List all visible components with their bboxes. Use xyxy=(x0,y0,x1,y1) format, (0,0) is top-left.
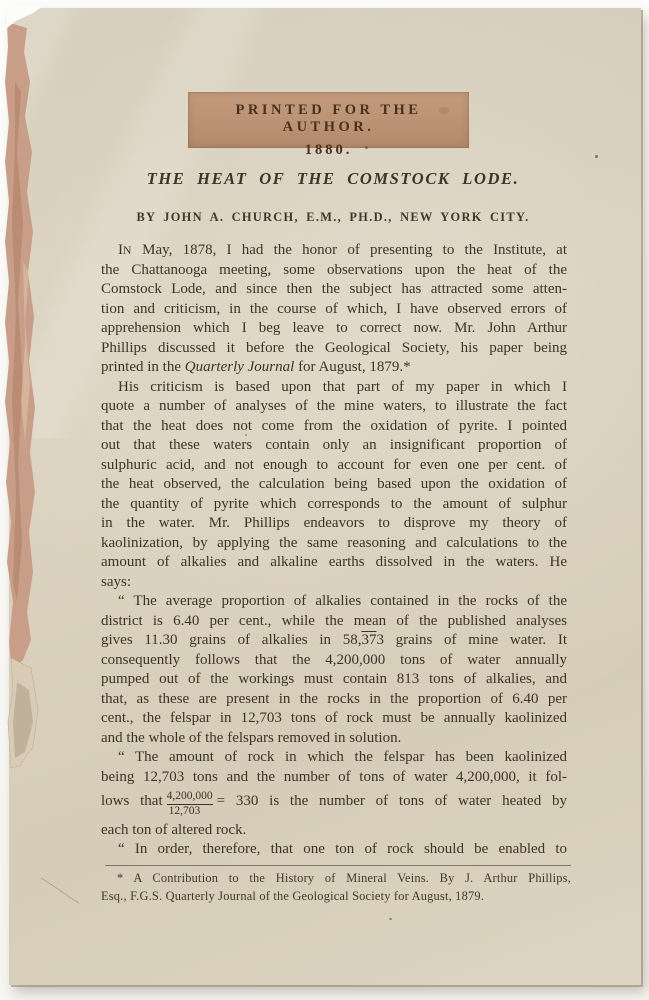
paragraph-2: His criticism is based upon that part of… xyxy=(101,378,567,593)
paragraph-1: IN May, 1878, I had the honor of present… xyxy=(101,241,567,378)
body-line: sulphuric acid, and not enough to accoun… xyxy=(101,456,567,476)
body-line: quote a number of analyses of the mine w… xyxy=(101,397,567,417)
footnote-line-2: Esq., F.G.S. Quarterly Journal of the Ge… xyxy=(101,888,571,906)
body-line: Comstock Lode, and since then the subjec… xyxy=(101,280,567,300)
footnote: * A Contribution to the History of Miner… xyxy=(101,870,571,905)
page-title: THE HEAT OF THE COMSTOCK LODE. xyxy=(85,169,581,189)
printed-for-author-stamp: PRINTED FOR THE AUTHOR. 1880. xyxy=(188,92,469,148)
body-line: “ In order, therefore, that one ton of r… xyxy=(101,840,567,860)
body-line: being 12,703 tons and the number of tons… xyxy=(101,768,567,788)
body-line: the heat observed, the calculation being… xyxy=(101,475,567,495)
paragraph-3-quote: “ The average proportion of alkalies con… xyxy=(101,592,567,748)
body-line: the quantity of pyrite which corresponds… xyxy=(101,495,567,515)
body-line-with-fraction: lows that4,200,00012,703= 330 is the num… xyxy=(101,790,567,819)
body-line: apprehension which I beg leave to correc… xyxy=(101,319,567,339)
body-line: cent., the felspar in 12,703 tons of roc… xyxy=(101,709,567,729)
byline: BY JOHN A. CHURCH, E.M., PH.D., NEW YORK… xyxy=(85,210,581,225)
body-line: gives 11.30 grains of alkalies in 58,373… xyxy=(101,631,567,651)
body-text: IN May, 1878, I had the honor of present… xyxy=(101,241,567,860)
foxing-speck xyxy=(245,434,247,436)
body-line: printed in the Quarterly Journal for Aug… xyxy=(101,358,567,378)
body-line: tion and criticism, in the course of whi… xyxy=(101,300,567,320)
body-line: “ The amount of rock in which the felspa… xyxy=(101,748,567,768)
body-line: the Chattanooga meeting, some observatio… xyxy=(101,261,567,281)
journal-title-italic: Quarterly Journal xyxy=(185,359,295,375)
stamp-line-2: 1880. xyxy=(188,142,469,159)
torn-binding-edge xyxy=(3,22,43,770)
body-line: out that these waters contain only an in… xyxy=(101,436,567,456)
overlined-digits: 37 xyxy=(361,632,376,648)
body-line: consequently follows that the 4,200,000 … xyxy=(101,651,567,671)
body-line: pumped out of the workings must contain … xyxy=(101,670,567,690)
foxing-speck xyxy=(595,155,598,158)
body-line: His criticism is based upon that part of… xyxy=(101,378,567,398)
body-line: “ The average proportion of alkalies con… xyxy=(101,592,567,612)
stamp-line-1: PRINTED FOR THE AUTHOR. xyxy=(188,102,469,136)
bottom-crease-line xyxy=(41,877,80,904)
fraction-numerator: 4,200,000 xyxy=(167,790,213,802)
torn-corner xyxy=(7,6,43,28)
body-line: amount of alkalies and alkaline earths d… xyxy=(101,553,567,573)
body-line: IN May, 1878, I had the honor of present… xyxy=(101,241,567,261)
body-line: each ton of altered rock. xyxy=(101,821,567,841)
foxing-speck xyxy=(389,918,392,920)
scan-background: PRINTED FOR THE AUTHOR. 1880. THE HEAT O… xyxy=(0,0,649,1000)
document-page: PRINTED FOR THE AUTHOR. 1880. THE HEAT O… xyxy=(9,8,641,985)
body-line: that, as these are present in the rocks … xyxy=(101,690,567,710)
fraction-denominator: 12,703 xyxy=(167,804,213,819)
lead-small-cap: N xyxy=(123,244,132,257)
body-line: kaolinization, by applying the same reas… xyxy=(101,534,567,554)
body-line: in the water. Mr. Phillips endeavors to … xyxy=(101,514,567,534)
body-line: and the whole of the felspars removed in… xyxy=(101,729,567,749)
body-line: that the heat does not come from the oxi… xyxy=(101,417,567,437)
body-line: district is 6.40 per cent., while the me… xyxy=(101,612,567,632)
foxing-stain xyxy=(439,107,449,114)
body-line: says: xyxy=(101,573,567,593)
body-line: Phillips discussed it before the Geologi… xyxy=(101,339,567,359)
footnote-line-1: * A Contribution to the History of Miner… xyxy=(101,870,571,888)
paragraph-4-quote: “ The amount of rock in which the felspa… xyxy=(101,748,567,840)
paragraph-5: “ In order, therefore, that one ton of r… xyxy=(101,840,567,860)
inline-fraction: 4,200,00012,703 xyxy=(167,790,213,819)
footnote-separator-rule xyxy=(105,865,571,866)
foxing-speck xyxy=(365,146,368,149)
